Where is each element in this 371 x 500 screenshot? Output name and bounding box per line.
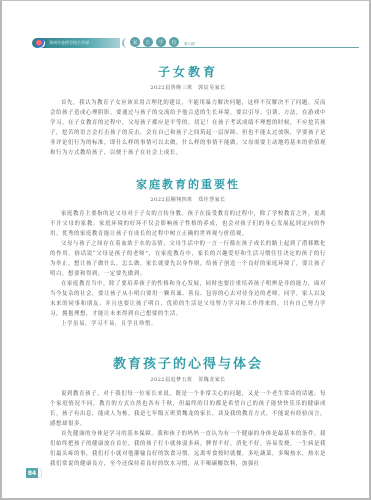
article-paragraph: 说到教育孩子，对于我们每一位家长来说，既是一个非常关心的问题，又是一个老生常谈的… [50, 389, 326, 429]
header-divider [136, 47, 359, 48]
article-paragraph: 首先，我认为教育子女应该采用合理化的建议，不能用暴力解决问题，这样不仅解决不了问… [50, 98, 326, 158]
article-title: 子女教育 [50, 63, 326, 80]
page-header: 郑州市金桥学校小学部 家 长 学 校 第六期 [26, 37, 359, 49]
school-name: 郑州市金桥学校小学部 [49, 40, 89, 46]
article-children-education: 子女教育 2022届鲁晚三班 郭辰昊家长 首先，我认为教育子女应该采用合理化的建… [50, 63, 326, 158]
article-paragraph: 在家庭教育当中，除了要培养孩子的性格和身心发展，同时也要注重培养孩子明辨是非的能… [50, 279, 326, 319]
header-circle-1: 家 [130, 37, 140, 47]
header-separator [122, 38, 128, 48]
issue-label: 第六期 [184, 42, 195, 47]
article-byline: 2022届鲁晚三班 郭辰昊家长 [50, 84, 326, 91]
article-title: 教育孩子的心得与体会 [50, 353, 326, 372]
school-badge: 郑州市金桥学校小学部 [32, 38, 120, 48]
header-circles: 家 长 学 校 第六期 [130, 37, 195, 47]
page-number: 84 [26, 468, 38, 478]
article-byline: 2022届翱翔四班 郑佳慧家长 [50, 196, 326, 203]
document-page: 郑州市金桥学校小学部 家 长 学 校 第六期 子女教育 2022届鲁晚三班 郭辰… [0, 0, 371, 500]
header-circle-2: 长 [143, 37, 153, 47]
school-logo-icon [35, 39, 45, 48]
article-paragraph: 父母与孩子之间存在着血浓于水的亲情，父母生活中的一言一行都在孩子成长的路上起到了… [50, 239, 326, 279]
article-byline: 2022届追梦五班 贺魏龙家长 [50, 376, 326, 383]
header-circle-4: 校 [169, 37, 179, 47]
article-parenting-insights: 教育孩子的心得与体会 2022届追梦五班 贺魏龙家长 说到教育孩子，对于我们每一… [50, 353, 326, 469]
header-circle-3: 学 [156, 37, 166, 47]
article-paragraph: 上学虽易，学习不易，且学且珍惜。 [50, 319, 326, 329]
article-paragraph: 首先健康的身体是学习的基本保障。我和孩子的妈妈一直认为有一个健康的身体是最基本的… [50, 429, 326, 469]
page-number-tab [39, 468, 42, 478]
article-paragraph: 家庭教育主要指的是父母对于子女的言传身教。孩子在接受教育的过程中，除了学校教育之… [50, 209, 326, 239]
article-family-education-importance: 家庭教育的重要性 2022届翱翔四班 郑佳慧家长 家庭教育主要指的是父母对于子女… [50, 176, 326, 329]
article-title: 家庭教育的重要性 [50, 176, 326, 192]
